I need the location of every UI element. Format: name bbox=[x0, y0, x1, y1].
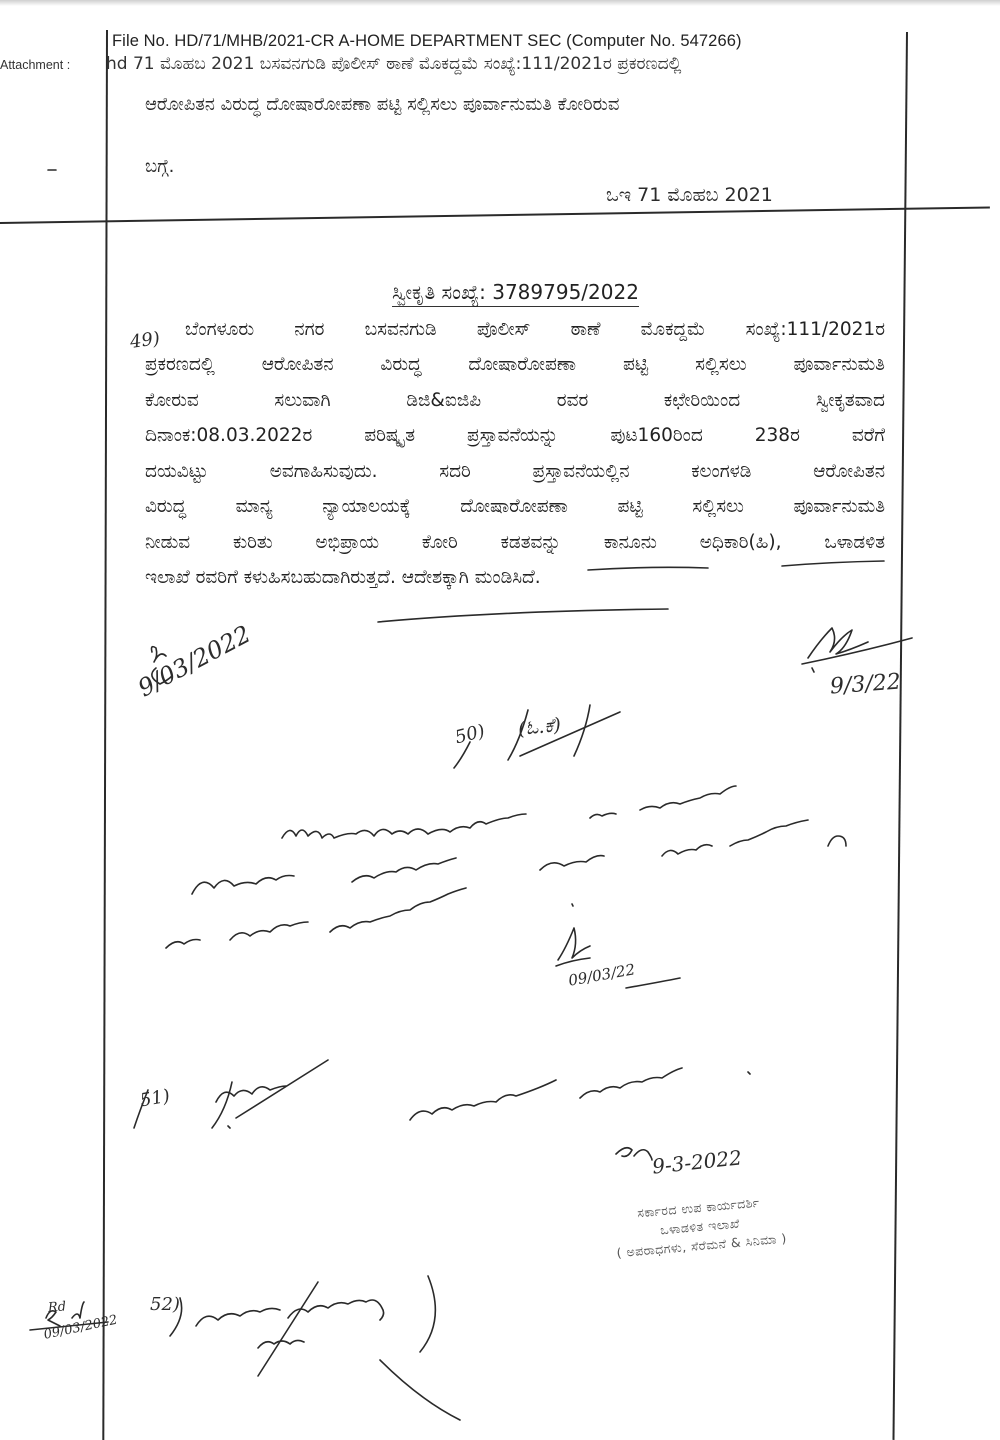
underline-law-officer bbox=[588, 567, 708, 570]
signature-date-underline bbox=[626, 978, 680, 988]
right-signature-date: 9/3/22 bbox=[829, 670, 901, 700]
remark-line-1 bbox=[282, 786, 736, 838]
strike-52 bbox=[258, 1282, 318, 1376]
bracket-52 bbox=[170, 1276, 460, 1420]
note-serial-52: 52) bbox=[150, 1294, 180, 1315]
signature-note-50 bbox=[556, 928, 590, 966]
underline-home-dept bbox=[782, 561, 884, 566]
remark-period bbox=[572, 904, 573, 906]
underline-order bbox=[378, 609, 668, 622]
remark-51 bbox=[410, 1068, 750, 1120]
signature-right bbox=[802, 628, 912, 664]
note-50-initials: (ಓ.ಕೆ) bbox=[517, 714, 562, 740]
initial-51 bbox=[616, 1148, 652, 1160]
mark-51 bbox=[216, 1060, 328, 1128]
remark-line-3 bbox=[166, 888, 466, 948]
signature-right-dash bbox=[812, 668, 814, 672]
remark-52 bbox=[196, 1300, 384, 1348]
receipt-mark: Rd bbox=[47, 1299, 66, 1315]
